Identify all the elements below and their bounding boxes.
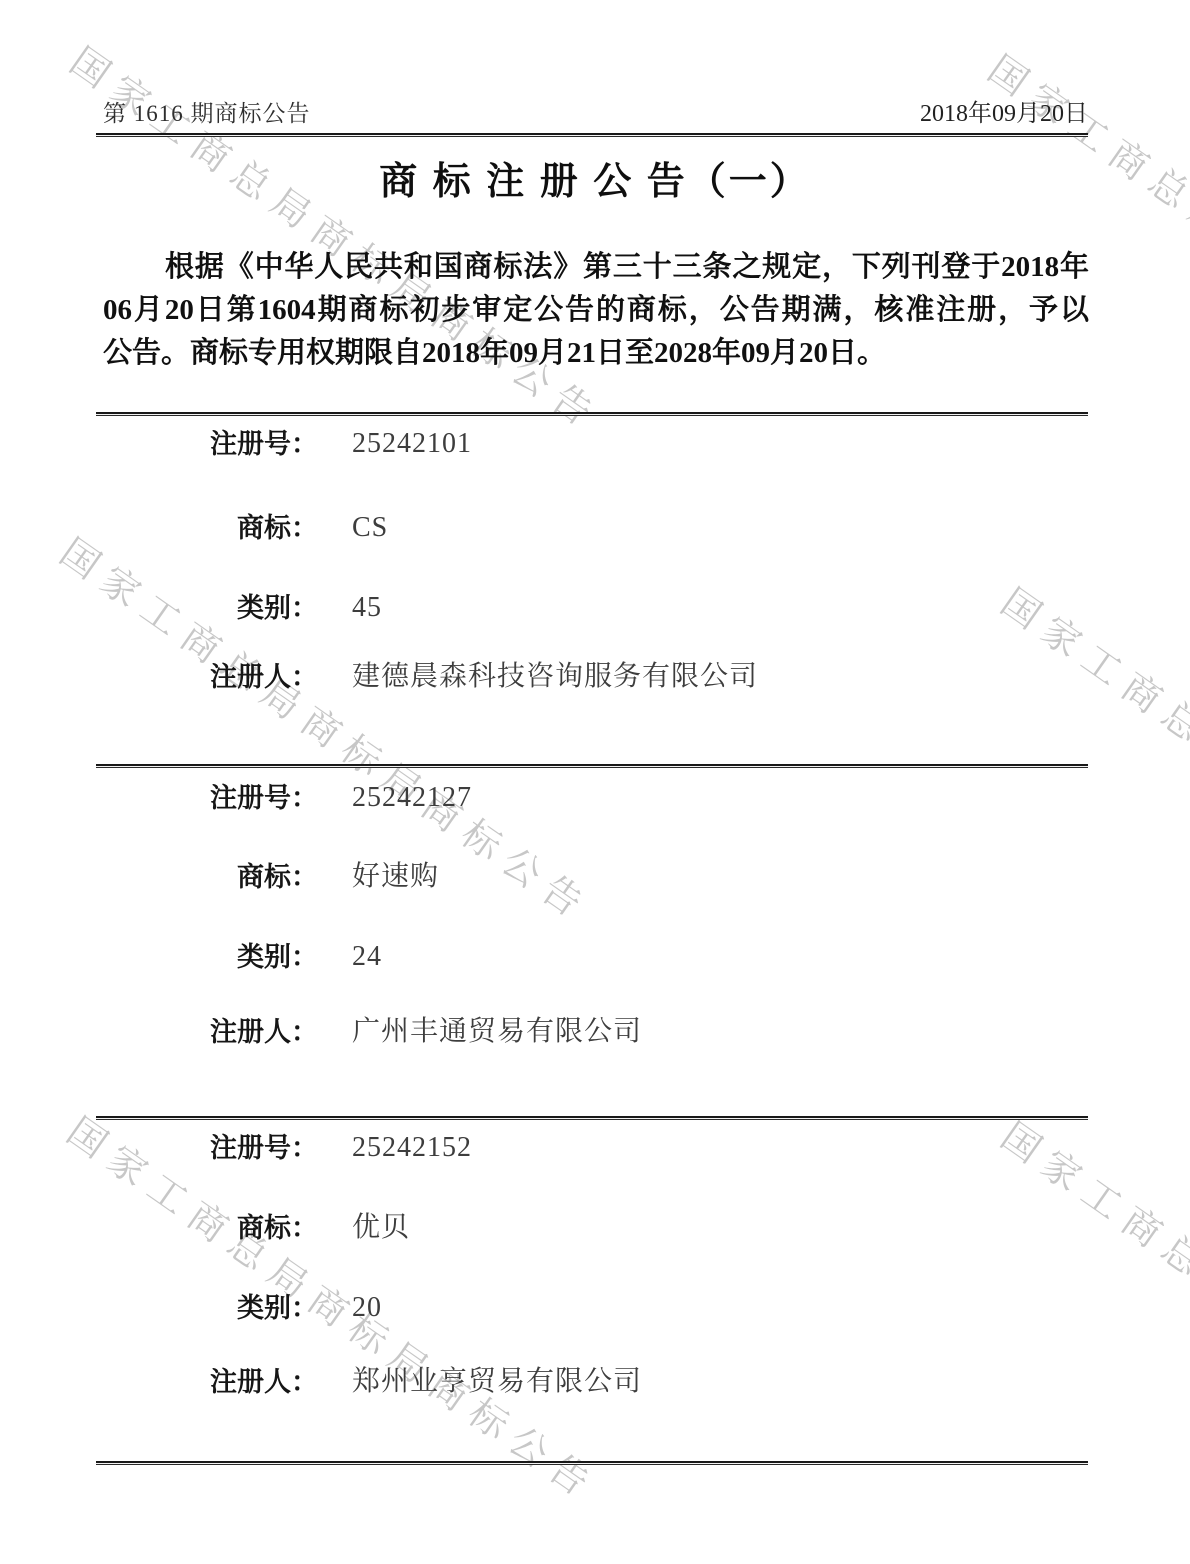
reg-no-value: 25242152 <box>352 1126 472 1170</box>
reg-no-label: 注册号： <box>60 776 318 820</box>
entry-row-trademark: 商标： CS <box>0 506 1190 550</box>
intro-line: 根据《中华人民共和国商标法》第三十三条之规定，下列刊登于2018年 <box>103 246 1089 289</box>
intro-line: 公告。商标专用权期限自2018年09月21日至2028年09月20日。 <box>103 332 1089 375</box>
class-value: 20 <box>352 1286 382 1330</box>
reg-no-value: 25242101 <box>352 422 472 466</box>
registrant-value: 建德晨森科技咨询服务有限公司 <box>352 655 758 699</box>
entry-row-class: 类别： 45 <box>0 586 1190 630</box>
page-content: 第 1616 期商标公告 2018年09月20日 商 标 注 册 公 告（一） … <box>0 0 1190 1564</box>
trademark-label: 商标： <box>60 506 318 550</box>
class-value: 45 <box>352 586 382 630</box>
class-label: 类别： <box>60 586 318 630</box>
class-label: 类别： <box>60 1286 318 1330</box>
page-title: 商 标 注 册 公 告（一） <box>0 150 1190 205</box>
registrant-value: 郑州业亨贸易有限公司 <box>352 1360 642 1404</box>
trademark-label: 商标： <box>60 1206 318 1250</box>
entry-divider <box>96 412 1088 416</box>
entry-divider <box>96 1116 1088 1120</box>
gazette-issue-number: 第 1616 期商标公告 <box>103 95 311 128</box>
class-value: 24 <box>352 935 382 979</box>
reg-no-label: 注册号： <box>60 1126 318 1170</box>
gazette-date: 2018年09月20日 <box>600 93 1088 128</box>
class-label: 类别： <box>60 935 318 979</box>
trademark-label: 商标： <box>60 855 318 899</box>
entry-row-trademark: 商标： 优贝 <box>0 1206 1190 1250</box>
entry-row-registrant: 注册人： 郑州业亨贸易有限公司 <box>0 1360 1190 1404</box>
registrant-value: 广州丰通贸易有限公司 <box>352 1010 642 1054</box>
registrant-label: 注册人： <box>60 655 318 699</box>
entry-row-reg-no: 注册号： 25242152 <box>0 1126 1190 1170</box>
trademark-value: 优贝 <box>352 1206 410 1250</box>
intro-line: 06月20日第1604期商标初步审定公告的商标，公告期满，核准注册，予以 <box>103 289 1089 332</box>
trademark-value: 好速购 <box>352 855 439 899</box>
reg-no-value: 25242127 <box>352 776 472 820</box>
entry-divider <box>96 1461 1088 1465</box>
trademark-value: CS <box>352 506 388 550</box>
entry-row-reg-no: 注册号： 25242101 <box>0 422 1190 466</box>
entry-row-class: 类别： 24 <box>0 935 1190 979</box>
entry-row-registrant: 注册人： 建德晨森科技咨询服务有限公司 <box>0 655 1190 699</box>
entry-divider <box>96 764 1088 768</box>
registrant-label: 注册人： <box>60 1010 318 1054</box>
gazette-page: 国家工商总局商标局商标公告 国家工商总局商标局商标公告 国家工商总局商标局商标公… <box>0 0 1190 1564</box>
entry-row-reg-no: 注册号： 25242127 <box>0 776 1190 820</box>
registrant-label: 注册人： <box>60 1360 318 1404</box>
intro-paragraph: 根据《中华人民共和国商标法》第三十三条之规定，下列刊登于2018年 06月20日… <box>103 246 1089 375</box>
entry-row-trademark: 商标： 好速购 <box>0 855 1190 899</box>
reg-no-label: 注册号： <box>60 422 318 466</box>
header-divider <box>96 133 1088 137</box>
entry-row-registrant: 注册人： 广州丰通贸易有限公司 <box>0 1010 1190 1054</box>
entry-row-class: 类别： 20 <box>0 1286 1190 1330</box>
